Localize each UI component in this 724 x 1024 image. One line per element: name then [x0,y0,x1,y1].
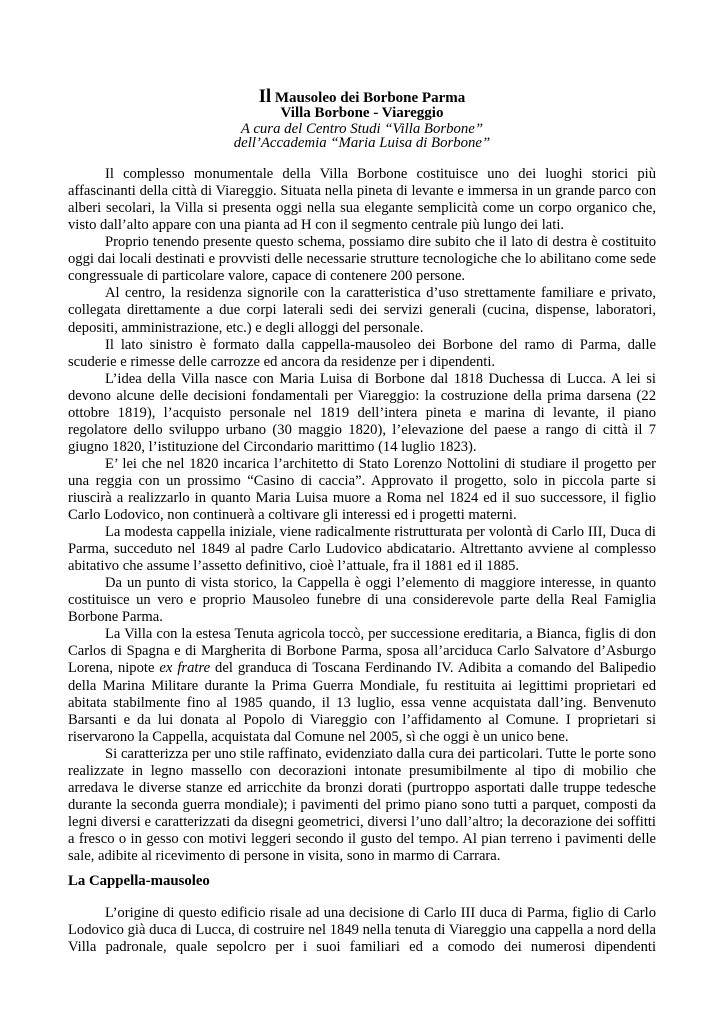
byline-line-1: A cura del Centro Studi “Villa Borbone” [68,122,656,137]
title-rest: Mausoleo dei Borbone Parma [275,90,465,106]
byline-line-2: dell’Accademia “Maria Luisa di Borbone” [68,136,656,151]
paragraph-9-latin-phrase: ex fratre [159,660,210,676]
paragraph-10: Si caratterizza per uno stile raffinato,… [68,746,656,865]
document-body: Il complesso monumentale della Villa Bor… [68,166,656,956]
paragraph-8: Da un punto di vista storico, la Cappell… [68,575,656,626]
document-page: Il Mausoleo dei Borbone Parma Villa Borb… [0,0,724,1024]
paragraph-4: Il lato sinistro è formato dalla cappell… [68,337,656,371]
document-subtitle: Villa Borbone - Viareggio [68,106,656,122]
paragraph-3: Al centro, la residenza signorile con la… [68,285,656,336]
paragraph-7: La modesta cappella iniziale, viene radi… [68,524,656,575]
paragraph-5: L’idea della Villa nasce con Maria Luisa… [68,371,656,456]
paragraph-9: La Villa con la estesa Tenuta agricola t… [68,626,656,745]
document-title: Il Mausoleo dei Borbone Parma [68,89,656,106]
section-heading: La Cappella-mausoleo [68,873,656,890]
document-header: Il Mausoleo dei Borbone Parma Villa Borb… [68,89,656,151]
paragraph-1: Il complesso monumentale della Villa Bor… [68,166,656,234]
paragraph-6: E’ lei che nel 1820 incarica l’architett… [68,456,656,524]
title-leading-word: Il [259,87,271,107]
paragraph-2: Proprio tenendo presente questo schema, … [68,234,656,285]
closing-paragraph: L’origine di questo edificio risale ad u… [68,905,656,956]
page-content: Il Mausoleo dei Borbone Parma Villa Borb… [68,89,656,956]
